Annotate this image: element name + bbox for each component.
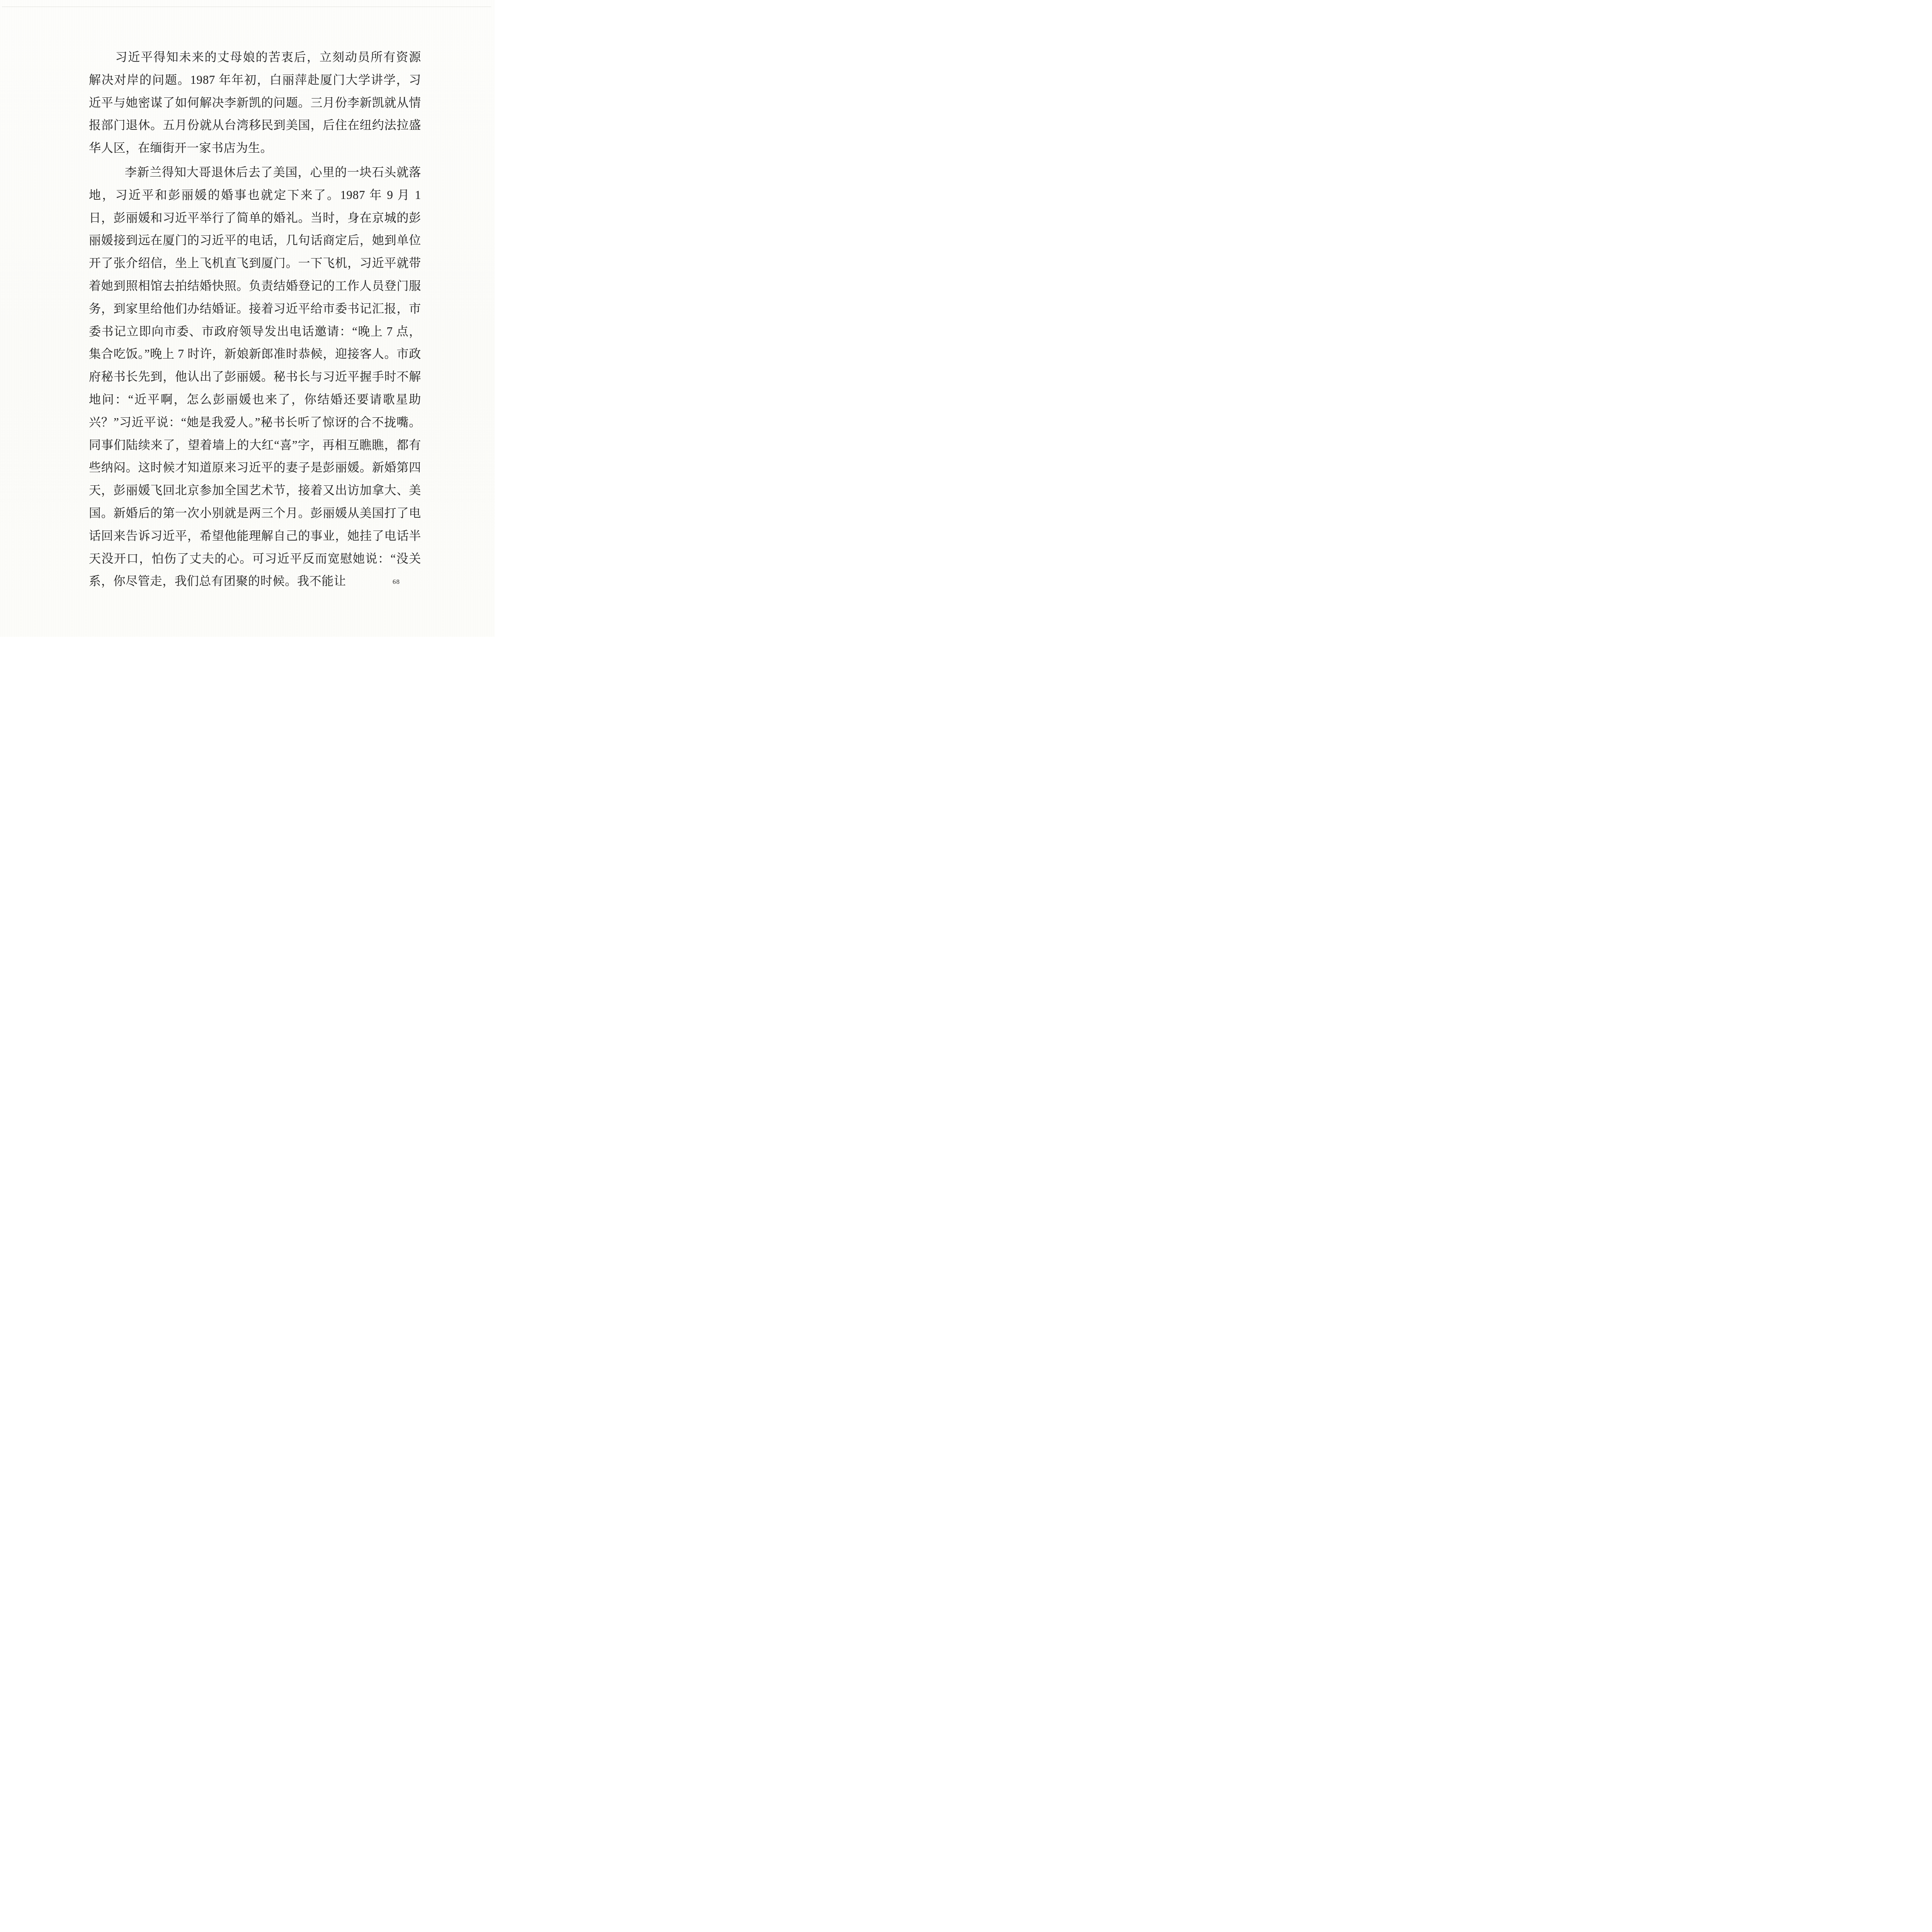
text-block: 习近平得知未来的丈母娘的苦衷后，立刻动员所有资源解决对岸的问题。1987 年年初…: [89, 46, 421, 593]
page-top-edge: [2, 7, 491, 7]
page-number: 68: [393, 578, 400, 586]
document-page: 习近平得知未来的丈母娘的苦衷后，立刻动员所有资源解决对岸的问题。1987 年年初…: [0, 0, 495, 637]
paragraph-2: 李新兰得知大哥退休后去了美国，心里的一块石头就落地，习近平和彭丽媛的婚事也就定下…: [89, 161, 421, 593]
paragraph-1: 习近平得知未来的丈母娘的苦衷后，立刻动员所有资源解决对岸的问题。1987 年年初…: [89, 46, 421, 160]
